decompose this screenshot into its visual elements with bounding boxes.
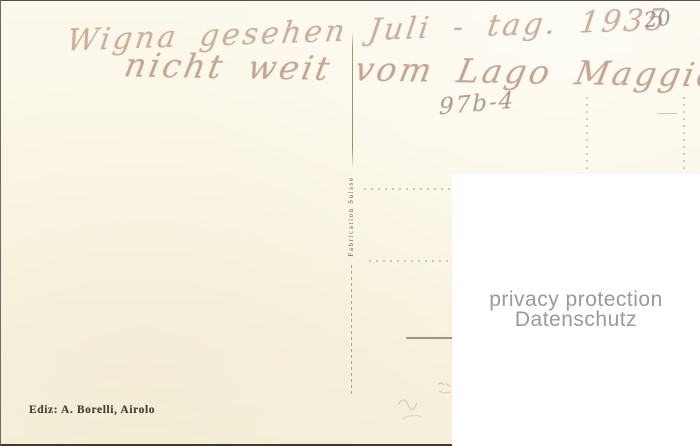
center-divider-dashed-line <box>351 265 352 396</box>
corner-number: 20 <box>643 6 672 33</box>
publisher-imprint: Ediz: A. Borelli, Airolo <box>29 404 155 416</box>
address-pencil-line <box>406 337 456 339</box>
privacy-overlay-text-de: Datenschutz <box>515 311 637 329</box>
handwriting-line2: nicht weit vom Lago Maggiore. <box>121 45 700 95</box>
pencil-scribble-marks <box>394 369 456 427</box>
privacy-protection-overlay: privacy protection Datenschutz <box>452 174 700 446</box>
privacy-overlay-text-en: privacy protection <box>489 291 663 309</box>
center-divider-top-line <box>352 31 353 169</box>
stamp-box-left-dotted-edge <box>586 97 588 175</box>
fabrication-suisse-label: Fabrication Suisse <box>346 168 357 265</box>
stamp-box-dash <box>657 113 677 114</box>
postcard-back-scan: Wigna gesehen Juli - tag. 1935 20 nicht … <box>0 0 700 446</box>
catalog-number: 97b-4 <box>439 88 516 121</box>
stamp-box-right-dotted-edge <box>683 97 685 175</box>
